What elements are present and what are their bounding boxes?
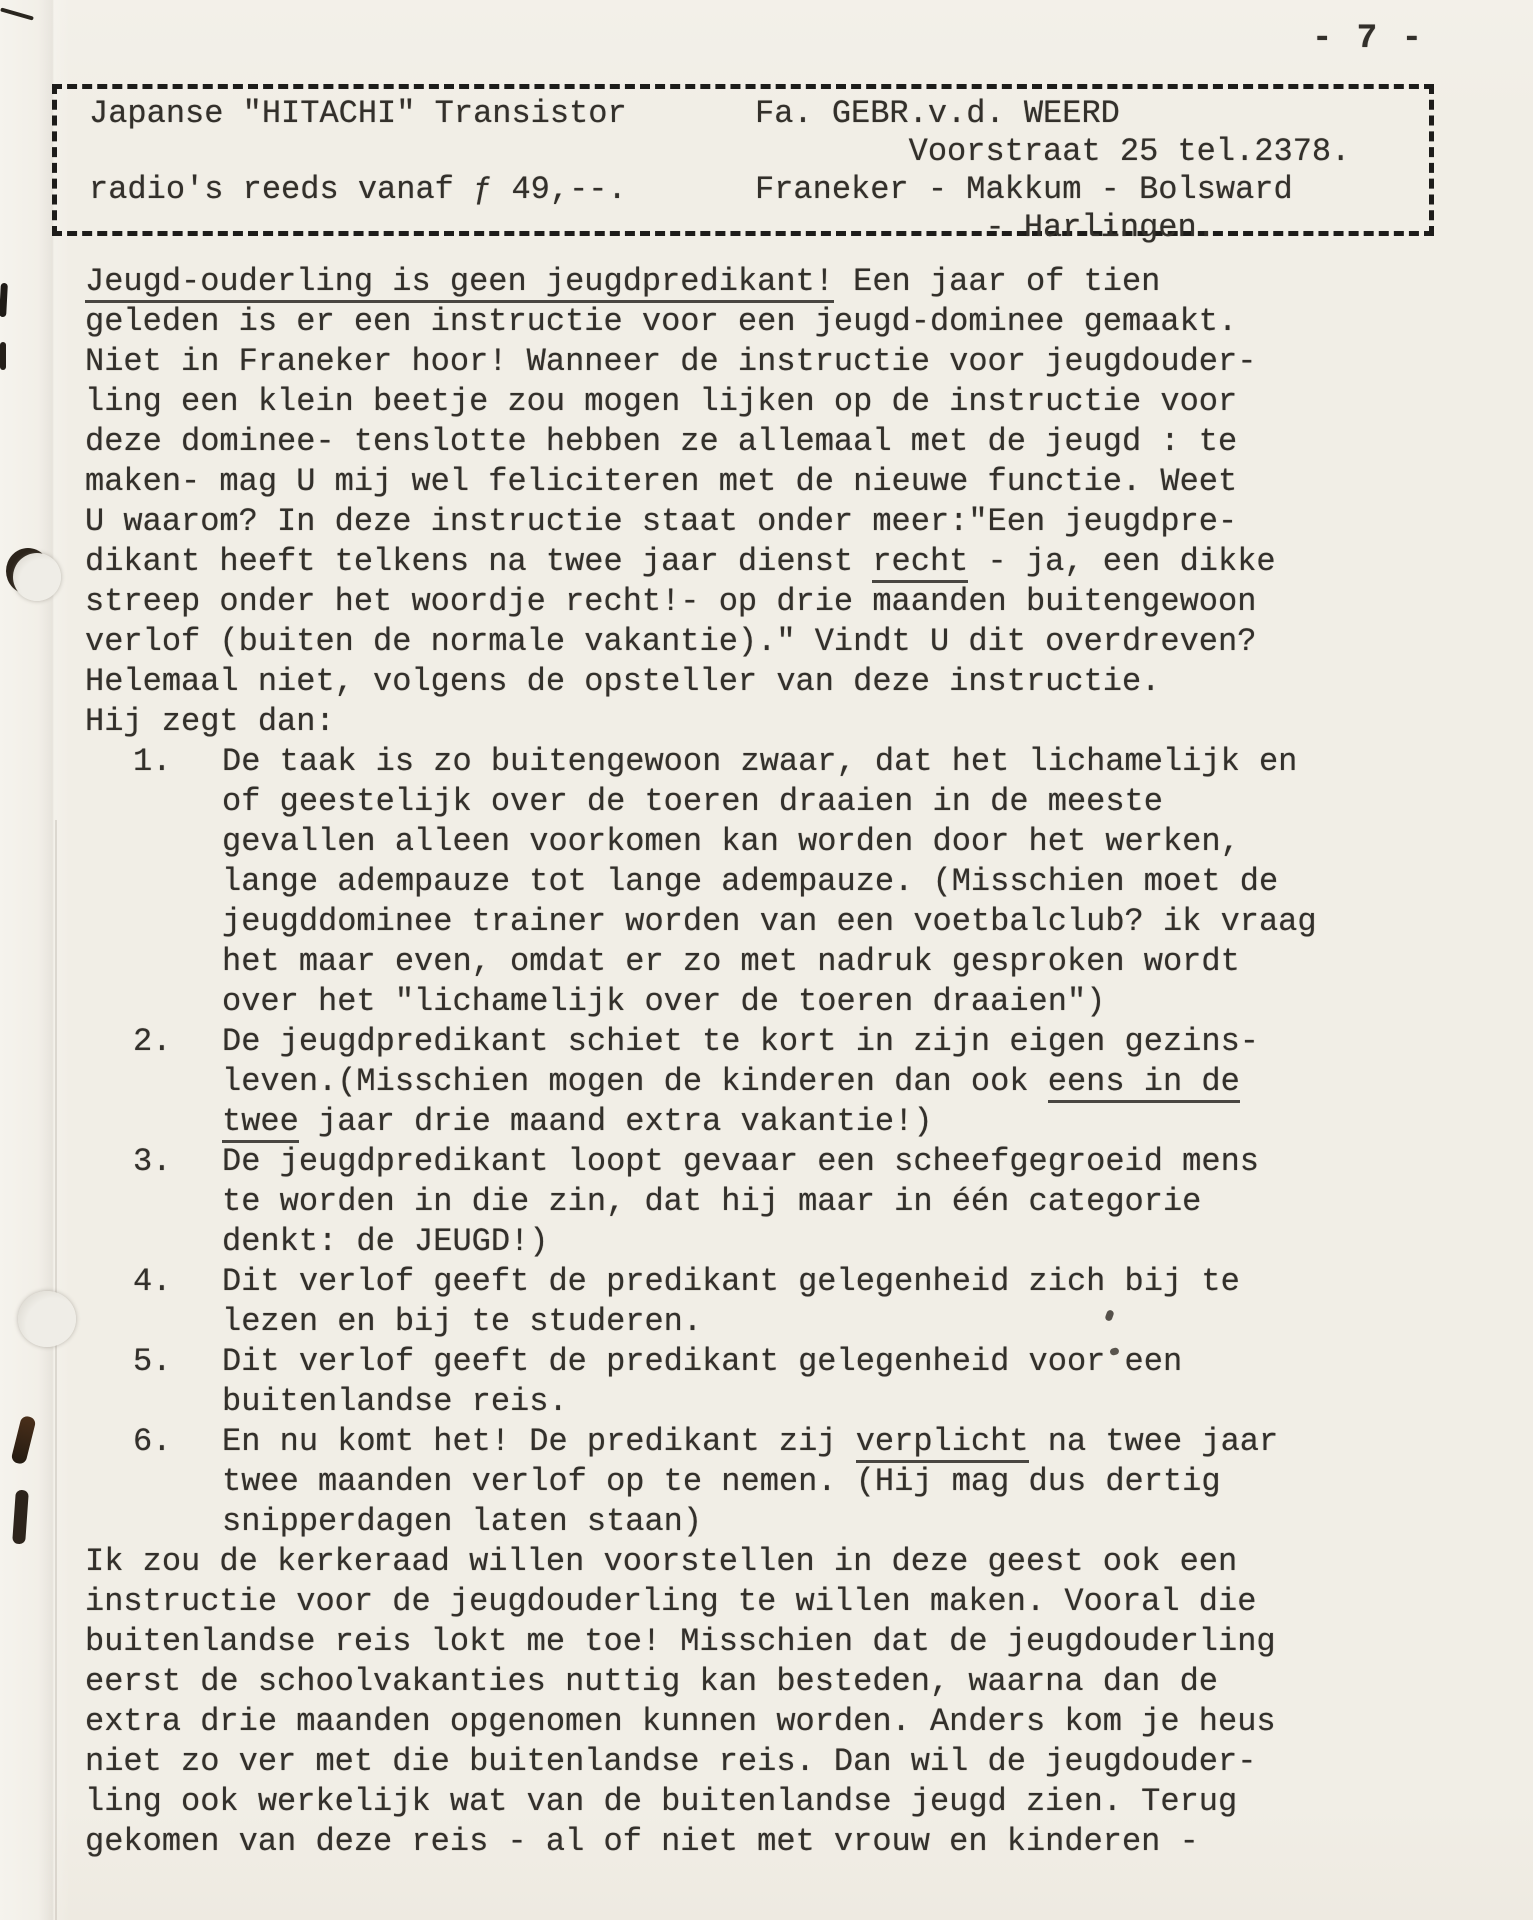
text-segment: geleden is er een instructie voor een je…: [85, 303, 1237, 340]
text-segment: buitenlandse reis lokt me toe! Misschien…: [85, 1623, 1276, 1660]
underlined-text: twee: [222, 1103, 299, 1143]
text-segment: jeugddominee trainer worden van een voet…: [222, 903, 1317, 940]
text-segment: te worden in die zin, dat hij maar in éé…: [222, 1183, 1201, 1220]
text-line: of geestelijk over de toeren draaien in …: [85, 782, 1533, 822]
text-segment: De jeugdpredikant schiet te kort in zijn…: [222, 1023, 1259, 1060]
text-line: eerst de schoolvakanties nuttig kan best…: [85, 1662, 1533, 1702]
text-line: denkt: de JEUGD!): [85, 1222, 1533, 1262]
underlined-text: Jeugd-ouderling is geen jeugdpredikant!: [85, 263, 834, 303]
text-line: het maar even, omdat er zo met nadruk ge…: [85, 942, 1533, 982]
text-line: deze dominee- tenslotte hebben ze allema…: [85, 422, 1533, 462]
text-segment: ling ook werkelijk wat van de buitenland…: [85, 1783, 1237, 1820]
list-number: 1.: [133, 742, 222, 782]
ad-line: [89, 133, 755, 171]
ad-right-column: Fa. GEBR.v.d. WEERDVoorstraat 25 tel.237…: [755, 95, 1350, 231]
text-line: niet zo ver met die buitenlandse reis. D…: [85, 1742, 1533, 1782]
text-line: snipperdagen laten staan): [85, 1502, 1533, 1542]
text-line: 6.En nu komt het! De predikant zij verpl…: [85, 1422, 1533, 1462]
text-segment: verlof (buiten de normale vakantie)." Vi…: [85, 623, 1256, 660]
text-segment: Ik zou de kerkeraad willen voorstellen i…: [85, 1543, 1237, 1580]
list-number: 2.: [133, 1022, 222, 1062]
text-segment: deze dominee- tenslotte hebben ze allema…: [85, 423, 1237, 460]
text-line: ling ook werkelijk wat van de buitenland…: [85, 1782, 1533, 1822]
text-line: gevallen alleen voorkomen kan worden doo…: [85, 822, 1533, 862]
text-line: buitenlandse reis lokt me toe! Misschien…: [85, 1622, 1533, 1662]
text-segment: gevallen alleen voorkomen kan worden doo…: [222, 823, 1240, 860]
text-segment: gekomen van deze reis - al of niet met v…: [85, 1823, 1199, 1860]
advertisement-box: Japanse "HITACHI" Transistor radio's ree…: [52, 84, 1434, 236]
text-segment: Dit verlof geeft de predikant gelegenhei…: [222, 1343, 1182, 1380]
text-segment: niet zo ver met die buitenlandse reis. D…: [85, 1743, 1256, 1780]
page-number: - 7 -: [1312, 20, 1424, 58]
text-line: leven.(Misschien mogen de kinderen dan o…: [85, 1062, 1533, 1102]
text-line: 5.Dit verlof geeft de predikant gelegenh…: [85, 1342, 1533, 1382]
text-line: verlof (buiten de normale vakantie)." Vi…: [85, 622, 1533, 662]
list-number: 4.: [133, 1262, 222, 1302]
ad-line: Fa. GEBR.v.d. WEERD: [755, 95, 1350, 133]
underlined-text: eens in de: [1048, 1063, 1240, 1103]
text-segment: over het "lichamelijk over de toeren dra…: [222, 983, 1105, 1020]
text-segment: instructie voor de jeugdouderling te wil…: [85, 1583, 1256, 1620]
body-text: Jeugd-ouderling is geen jeugdpredikant! …: [0, 262, 1533, 1862]
text-segment: Een jaar of tien: [834, 263, 1160, 300]
text-segment: eerst de schoolvakanties nuttig kan best…: [85, 1663, 1218, 1700]
text-line: over het "lichamelijk over de toeren dra…: [85, 982, 1533, 1022]
text-segment: of geestelijk over de toeren draaien in …: [222, 783, 1163, 820]
ad-line: - Harlingen.: [755, 209, 1350, 247]
text-segment: Niet in Franeker hoor! Wanneer de instru…: [85, 343, 1256, 380]
text-segment: denkt: de JEUGD!): [222, 1223, 548, 1260]
text-segment: leven.(Misschien mogen de kinderen dan o…: [222, 1063, 1048, 1100]
text-segment: U waarom? In deze instructie staat onder…: [85, 503, 1237, 540]
text-line: Hij zegt dan:: [85, 702, 1533, 742]
ad-line: Franeker - Makkum - Bolsward: [755, 171, 1350, 209]
text-line: te worden in die zin, dat hij maar in éé…: [85, 1182, 1533, 1222]
text-segment: het maar even, omdat er zo met nadruk ge…: [222, 943, 1240, 980]
text-segment: ling een klein beetje zou mogen lijken o…: [85, 383, 1237, 420]
text-line: Helemaal niet, volgens de opsteller van …: [85, 662, 1533, 702]
text-line: twee maanden verlof op te nemen. (Hij ma…: [85, 1462, 1533, 1502]
text-line: ling een klein beetje zou mogen lijken o…: [85, 382, 1533, 422]
text-line: 2.De jeugdpredikant schiet te kort in zi…: [85, 1022, 1533, 1062]
text-line: 1.De taak is zo buitengewoon zwaar, dat …: [85, 742, 1533, 782]
text-segment: twee maanden verlof op te nemen. (Hij ma…: [222, 1463, 1221, 1500]
text-line: geleden is er een instructie voor een je…: [85, 302, 1533, 342]
text-line: lezen en bij te studeren.: [85, 1302, 1533, 1342]
text-segment: dikant heeft telkens na twee jaar dienst: [85, 543, 872, 580]
list-number: 6.: [133, 1422, 222, 1462]
underlined-text: recht: [872, 543, 968, 583]
text-segment: maken- mag U mij wel feliciteren met de …: [85, 463, 1237, 500]
ad-line: radio's reeds vanaf ƒ 49,--.: [89, 171, 755, 209]
scanned-document-page: - 7 - Japanse "HITACHI" Transistor radio…: [0, 0, 1533, 1920]
text-segment: streep onder het woordje recht!- op drie…: [85, 583, 1256, 620]
text-line: 3.De jeugdpredikant loopt gevaar een sch…: [85, 1142, 1533, 1182]
text-line: extra drie maanden opgenomen kunnen word…: [85, 1702, 1533, 1742]
text-line: 4.Dit verlof geeft de predikant gelegenh…: [85, 1262, 1533, 1302]
text-segment: na twee jaar: [1029, 1423, 1279, 1460]
text-segment: snipperdagen laten staan): [222, 1503, 702, 1540]
text-segment: De jeugdpredikant loopt gevaar een schee…: [222, 1143, 1259, 1180]
list-number: 5.: [133, 1342, 222, 1382]
text-segment: Dit verlof geeft de predikant gelegenhei…: [222, 1263, 1240, 1300]
list-number: 3.: [133, 1142, 222, 1182]
text-segment: - ja, een dikke: [968, 543, 1275, 580]
text-line: U waarom? In deze instructie staat onder…: [85, 502, 1533, 542]
text-line: jeugddominee trainer worden van een voet…: [85, 902, 1533, 942]
text-segment: De taak is zo buitengewoon zwaar, dat he…: [222, 743, 1297, 780]
text-line: streep onder het woordje recht!- op drie…: [85, 582, 1533, 622]
text-segment: lange adempauze tot lange adempauze. (Mi…: [222, 863, 1278, 900]
text-line: buitenlandse reis.: [85, 1382, 1533, 1422]
text-segment: buitenlandse reis.: [222, 1383, 568, 1420]
text-line: Niet in Franeker hoor! Wanneer de instru…: [85, 342, 1533, 382]
ad-line: Japanse "HITACHI" Transistor: [89, 95, 755, 133]
text-segment: lezen en bij te studeren.: [222, 1303, 702, 1340]
text-segment: Helemaal niet, volgens de opsteller van …: [85, 663, 1160, 700]
text-line: gekomen van deze reis - al of niet met v…: [85, 1822, 1533, 1862]
text-line: Jeugd-ouderling is geen jeugdpredikant! …: [85, 262, 1533, 302]
text-segment: Hij zegt dan:: [85, 703, 335, 740]
text-line: dikant heeft telkens na twee jaar dienst…: [85, 542, 1533, 582]
text-segment: jaar drie maand extra vakantie!): [299, 1103, 933, 1140]
text-line: maken- mag U mij wel feliciteren met de …: [85, 462, 1533, 502]
text-line: lange adempauze tot lange adempauze. (Mi…: [85, 862, 1533, 902]
ad-left-column: Japanse "HITACHI" Transistor radio's ree…: [89, 95, 755, 231]
text-segment: extra drie maanden opgenomen kunnen word…: [85, 1703, 1276, 1740]
text-line: instructie voor de jeugdouderling te wil…: [85, 1582, 1533, 1622]
text-line: twee jaar drie maand extra vakantie!): [85, 1102, 1533, 1142]
text-line: Ik zou de kerkeraad willen voorstellen i…: [85, 1542, 1533, 1582]
underlined-text: verplicht: [856, 1423, 1029, 1463]
text-segment: En nu komt het! De predikant zij: [222, 1423, 856, 1460]
ad-line: Voorstraat 25 tel.2378.: [755, 133, 1350, 171]
